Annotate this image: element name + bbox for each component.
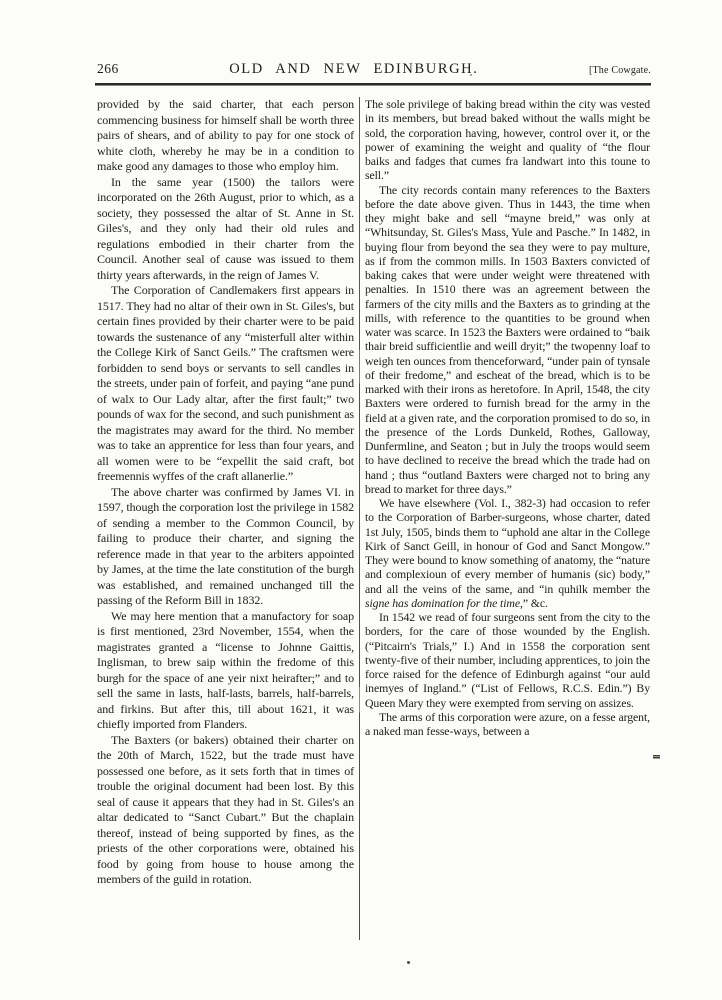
- text-run: We may here mention that a manufactory f…: [97, 609, 354, 732]
- running-header-section: [The Cowgate.: [589, 65, 651, 76]
- paragraph: We have elsewhere (Vol. I., 382-3) had o…: [365, 496, 650, 610]
- paragraph: provided by the said charter, that each …: [97, 97, 354, 175]
- page-number: 266: [97, 61, 119, 77]
- text-run: In 1542 we read of four surgeons sent fr…: [365, 610, 650, 710]
- paragraph: The arms of this corporation were azure,…: [365, 710, 650, 739]
- paragraph: In 1542 we read of four surgeons sent fr…: [365, 610, 650, 710]
- paragraph: The sole privilege of baking bread withi…: [365, 97, 650, 183]
- print-speck: [407, 961, 410, 964]
- column-divider: [359, 97, 360, 940]
- print-speck: [470, 74, 472, 76]
- running-title: OLD AND NEW EDINBURGH.: [119, 61, 589, 78]
- paragraph: In the same year (1500) the tailors were…: [97, 175, 354, 284]
- text-run: The Corporation of Candlemakers first ap…: [97, 283, 354, 483]
- text-columns: provided by the said charter, that each …: [97, 97, 651, 940]
- italic-phrase: signe has domination for the time: [365, 596, 520, 610]
- text-run: We have elsewhere (Vol. I., 382-3) had o…: [365, 496, 650, 596]
- text-run: ,” &c.: [520, 596, 548, 610]
- text-run: provided by the said charter, that each …: [97, 97, 354, 173]
- text-run: The Baxters (or bakers) obtained their c…: [97, 733, 354, 887]
- text-run: In the same year (1500) the tailors were…: [97, 175, 354, 282]
- paragraph: The above charter was confirmed by James…: [97, 485, 354, 609]
- left-column: provided by the said charter, that each …: [97, 97, 354, 940]
- right-column: The sole privilege of baking bread withi…: [365, 97, 650, 940]
- text-run: The above charter was confirmed by James…: [97, 485, 354, 608]
- text-run: The city records contain many references…: [365, 183, 650, 496]
- text-run: The arms of this corporation were azure,…: [365, 710, 650, 738]
- paragraph: The city records contain many references…: [365, 183, 650, 497]
- running-header: 266 OLD AND NEW EDINBURGH. [The Cowgate.: [97, 61, 651, 78]
- book-page: 266 OLD AND NEW EDINBURGH. [The Cowgate.…: [0, 0, 722, 1000]
- header-rule: [95, 83, 651, 86]
- paragraph: The Baxters (or bakers) obtained their c…: [97, 733, 354, 888]
- print-speck: [653, 755, 660, 759]
- text-run: The sole privilege of baking bread withi…: [365, 97, 650, 182]
- paragraph: The Corporation of Candlemakers first ap…: [97, 283, 354, 485]
- paragraph: We may here mention that a manufactory f…: [97, 609, 354, 733]
